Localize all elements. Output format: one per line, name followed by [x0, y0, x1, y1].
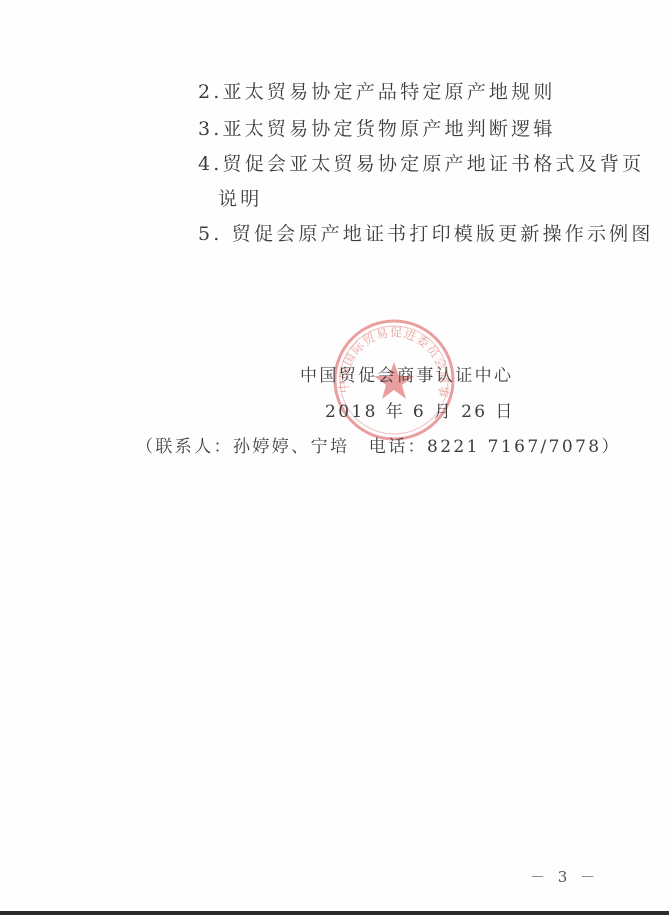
attachment-text: 贸促会原产地证书打印模版更新操作示例图	[232, 223, 654, 245]
attachment-number: 2.	[198, 81, 223, 103]
document-page: 2.亚太贸易协定产品特定原产地规则 3.亚太贸易协定货物原产地判断逻辑 4.贸促…	[0, 0, 669, 911]
attachment-item-2: 2.亚太贸易协定产品特定原产地规则	[198, 80, 556, 104]
attachment-text: 贸促会亚太贸易协定原产地证书格式及背页	[223, 153, 645, 175]
issue-date: 2018 年 6 月 26 日	[325, 401, 515, 423]
attachment-number: 4.	[198, 153, 223, 175]
page-number: － 3 －	[530, 866, 599, 887]
attachment-number: 3.	[198, 118, 223, 140]
attachment-item-3: 3.亚太贸易协定货物原产地判断逻辑	[198, 117, 556, 141]
contact-info: （联系人：孙婷婷、宁培 电话：8221 7167/7078）	[136, 436, 621, 458]
attachment-item-4: 4.贸促会亚太贸易协定原产地证书格式及背页	[198, 152, 644, 176]
attachment-item-5: 5. 贸促会原产地证书打印模版更新操作示例图	[198, 222, 654, 246]
issuing-organization: 中国贸促会商事认证中心	[300, 365, 513, 387]
attachment-item-4-continuation: 说明	[218, 187, 262, 211]
attachment-text: 亚太贸易协定产品特定原产地规则	[223, 81, 556, 103]
attachment-number: 5.	[198, 223, 223, 245]
bottom-border	[0, 911, 669, 915]
attachment-text: 亚太贸易协定货物原产地判断逻辑	[223, 118, 556, 140]
